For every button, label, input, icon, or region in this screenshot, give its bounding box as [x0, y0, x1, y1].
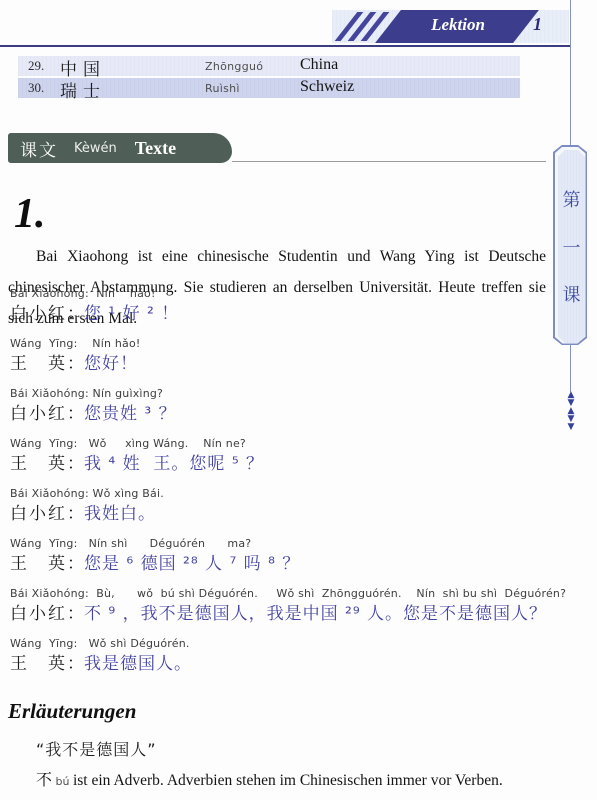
dialogue-speech: 我是德国人。: [84, 654, 192, 674]
notes-hanzi: 不: [36, 770, 52, 789]
dialogue-pinyin: Wáng Yīng: Wǒ shì Déguórén.: [10, 637, 555, 651]
dialogue-block: Wáng Yīng: Wǒ shì Déguórén. 王 英：我是德国人。: [10, 637, 555, 677]
dialogue-pinyin: Bái Xiǎohóng: Nín guìxìng?: [10, 387, 555, 401]
notes-text: ist ein Adverb. Adverbien stehen im Chin…: [73, 772, 503, 789]
dialogue-colon: ：: [67, 504, 84, 524]
vocab-german: China: [300, 56, 338, 74]
dialogue-list: Bái Xiǎohóng: Nín hǎo! 白小红：您 ¹ 好 ² ！ Wán…: [10, 287, 555, 687]
section-label: Texte: [135, 138, 176, 159]
dialogue-block: Bái Xiǎohóng: Wǒ xìng Bái. 白小红：我姓白。: [10, 487, 555, 527]
notes-heading: Erläuterungen: [8, 699, 136, 724]
section-header-bar: 课文 Kèwén Texte: [8, 133, 232, 163]
dialogue-speech: 您贵姓 ³ ？: [84, 404, 177, 424]
dialogue-colon: ：: [67, 354, 84, 374]
dialogue-speech: 不 ⁹ ，我不是德国人，我是中国 ²⁹ 人。您是不是德国人？: [84, 604, 547, 624]
section-pinyin: Kèwén: [74, 141, 117, 156]
speaker-name: 王 英: [10, 554, 67, 574]
decorative-arrows-icon: ▲▼▲▼▼: [565, 391, 577, 431]
right-margin-line: [570, 0, 571, 147]
vocab-pinyin: Ruìshì: [205, 82, 240, 95]
dialogue-speech: 您 ¹ 好 ² ！: [84, 304, 179, 324]
dialogue-colon: ：: [67, 554, 84, 574]
dialogue-pinyin: Wáng Yīng: Nín hǎo!: [10, 337, 555, 351]
dialogue-colon: ：: [67, 654, 84, 674]
dialogue-block: Wáng Yīng: Wǒ xìng Wáng. Nín ne? 王 英：我 ⁴…: [10, 437, 555, 477]
text-number: 1.: [14, 190, 46, 238]
header-rule: [0, 45, 570, 47]
dialogue-pinyin: Bái Xiǎohóng: Nín hǎo!: [10, 287, 555, 301]
speaker-name: 王 英: [10, 654, 67, 674]
lesson-tab-capsule: 第 一 课: [553, 145, 587, 345]
lesson-number: 1: [533, 14, 542, 35]
lesson-tab-char: 课: [563, 281, 581, 307]
speaker-name: 白小红: [10, 504, 67, 524]
lesson-tab: 第 一 课: [558, 150, 585, 343]
vocab-german: Schweiz: [300, 78, 354, 96]
section-hanzi: 课文: [20, 136, 58, 161]
speaker-name: 王 英: [10, 454, 67, 474]
dialogue-speech: 您是 ⁶ 德国 ²⁸ 人 ⁷ 吗 ⁸ ？: [84, 554, 300, 574]
vocab-pinyin: Zhōngguó: [205, 60, 263, 73]
dialogue-speech: 我 ⁴ 姓 王。您呢 ⁵ ？: [84, 454, 264, 474]
dialogue-block: Bái Xiǎohóng: Nín hǎo! 白小红：您 ¹ 好 ² ！: [10, 287, 555, 327]
dialogue-pinyin: Wáng Yīng: Wǒ xìng Wáng. Nín ne?: [10, 437, 555, 451]
lesson-tab-char: 第: [563, 186, 581, 212]
dialogue-colon: ：: [67, 454, 84, 474]
dialogue-pinyin: Bái Xiǎohóng: Wǒ xìng Bái.: [10, 487, 555, 501]
vocab-number: 29.: [28, 58, 44, 74]
dialogue-colon: ：: [67, 604, 84, 624]
dialogue-hanzi: 王 英：我是德国人。: [10, 651, 555, 677]
speaker-name: 白小红: [10, 304, 67, 324]
speaker-name: 白小红: [10, 604, 67, 624]
dialogue-colon: ：: [67, 304, 84, 324]
lesson-tab-capsule-border: 第 一 课: [555, 147, 586, 344]
dialogue-hanzi: 白小红：您贵姓 ³ ？: [10, 401, 555, 427]
dialogue-block: Bái Xiǎohóng: Nín guìxìng? 白小红：您贵姓 ³ ？: [10, 387, 555, 427]
dialogue-block: Bái Xiǎohóng: Bù, wǒ bú shì Déguórén. Wǒ…: [10, 587, 555, 627]
speaker-name: 白小红: [10, 404, 67, 424]
dialogue-hanzi: 白小红：您 ¹ 好 ² ！: [10, 301, 555, 327]
textbook-page: Lektion 1 第 一 课 ▲▼▲▼▼ 29. 中国 Zhōngguó Ch…: [0, 0, 597, 800]
dialogue-hanzi: 王 英：我 ⁴ 姓 王。您呢 ⁵ ？: [10, 451, 555, 477]
speaker-name: 王 英: [10, 354, 67, 374]
vocab-row: 29. 中国 Zhōngguó China: [18, 56, 520, 76]
notes-pinyin: bú: [52, 775, 73, 788]
dialogue-pinyin: Wáng Yīng: Nín shì Déguórén ma?: [10, 537, 555, 551]
dialogue-hanzi: 王 英：您好！: [10, 351, 555, 377]
dialogue-speech: 您好！: [84, 354, 138, 374]
notes-line: 不 bú ist ein Adverb. Adverbien stehen im…: [36, 767, 503, 790]
dialogue-hanzi: 白小红：不 ⁹ ，我不是德国人，我是中国 ²⁹ 人。您是不是德国人？: [10, 601, 555, 627]
vocab-hanzi: 瑞士: [60, 77, 106, 102]
dialogue-hanzi: 王 英：您是 ⁶ 德国 ²⁸ 人 ⁷ 吗 ⁸ ？: [10, 551, 555, 577]
lektion-label: Lektion: [398, 15, 518, 35]
right-margin-line: [570, 344, 571, 392]
vocab-row: 30. 瑞士 Ruìshì Schweiz: [18, 78, 520, 98]
dialogue-block: Wáng Yīng: Nín hǎo! 王 英：您好！: [10, 337, 555, 377]
dialogue-hanzi: 白小红：我姓白。: [10, 501, 555, 527]
dialogue-block: Wáng Yīng: Nín shì Déguórén ma? 王 英：您是 ⁶…: [10, 537, 555, 577]
dialogue-speech: 我姓白。: [84, 504, 156, 524]
notes-quote: “我不是德国人”: [36, 737, 157, 760]
section-rule: [232, 161, 546, 162]
vocab-number: 30.: [28, 80, 44, 96]
dialogue-pinyin: Bái Xiǎohóng: Bù, wǒ bú shì Déguórén. Wǒ…: [10, 587, 555, 601]
lesson-tab-char: 一: [563, 234, 581, 260]
dialogue-colon: ：: [67, 404, 84, 424]
